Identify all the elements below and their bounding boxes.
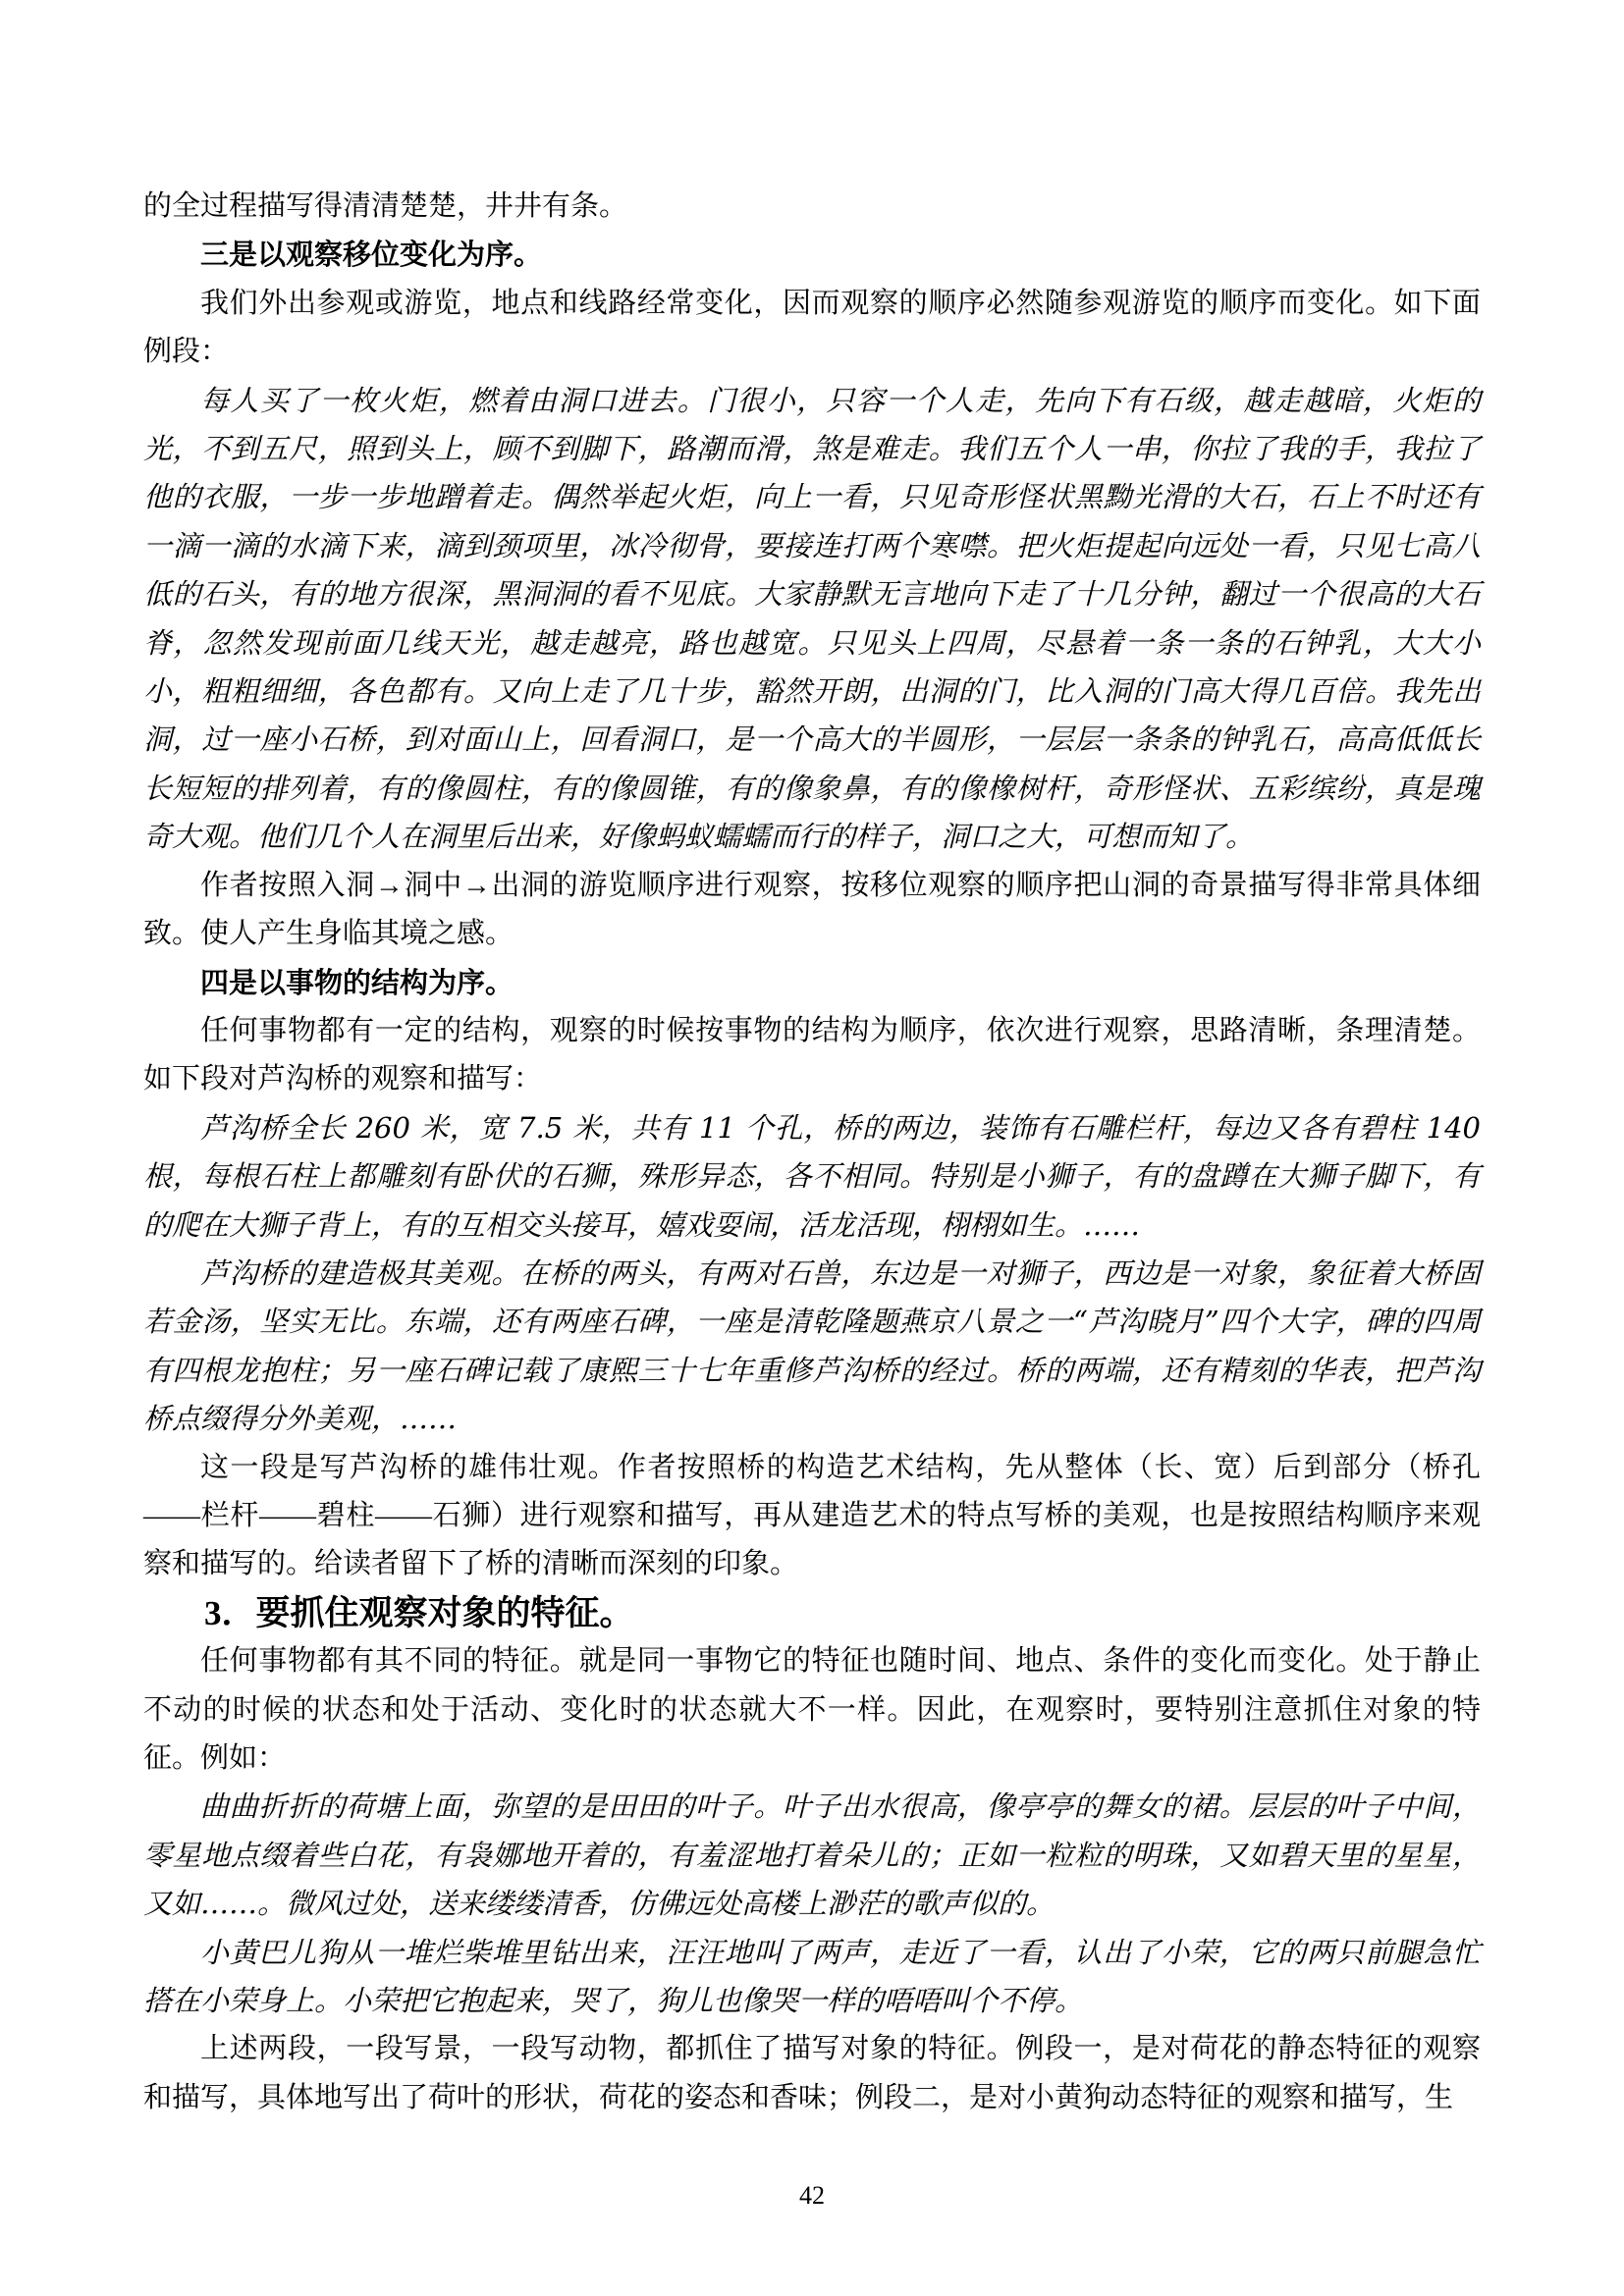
paragraph: 这一段是写芦沟桥的雄伟壮观。作者按照桥的构造艺术结构，先从整体（长、宽）后到部分… xyxy=(143,1444,1481,1589)
paragraph: 上述两段，一段写景，一段写动物，都抓住了描写对象的特征。例段一，是对荷花的静态特… xyxy=(143,2025,1481,2122)
quote-paragraph: 曲曲折折的荷塘上面，弥望的是田田的叶子。叶子出水很高，像亭亭的舞女的裙。层层的叶… xyxy=(143,1783,1481,1928)
section-heading: 3．要抓住观察对象的特征。 xyxy=(143,1589,1481,1637)
section-heading: 三是以观察移位变化为序。 xyxy=(143,231,1481,279)
paragraph: 任何事物都有其不同的特征。就是同一事物它的特征也随时间、地点、条件的变化而变化。… xyxy=(143,1637,1481,1783)
document-body: 的全过程描写得清清楚楚，井井有条。三是以观察移位变化为序。我们外出参观或游览，地… xyxy=(143,183,1481,2122)
paragraph: 我们外出参观或游览，地点和线路经常变化，因而观察的顺序必然随参观游览的顺序而变化… xyxy=(143,280,1481,377)
paragraph: 任何事物都有一定的结构，观察的时候按事物的结构为顺序，依次进行观察，思路清晰，条… xyxy=(143,1007,1481,1104)
quote-paragraph: 芦沟桥的建造极其美观。在桥的两头，有两对石兽，东边是一对狮子，西边是一对象，象征… xyxy=(143,1250,1481,1444)
document-page: 的全过程描写得清清楚楚，井井有条。三是以观察移位变化为序。我们外出参观或游览，地… xyxy=(0,0,1624,2296)
paragraph: 的全过程描写得清清楚楚，井井有条。 xyxy=(143,183,1481,231)
quote-paragraph: 每人买了一枚火炬，燃着由洞口进去。门很小，只容一个人走，先向下有石级，越走越暗，… xyxy=(143,377,1481,862)
paragraph: 作者按照入洞→洞中→出洞的游览顺序进行观察，按移位观察的顺序把山洞的奇景描写得非… xyxy=(143,862,1481,959)
quote-paragraph: 芦沟桥全长 260 米，宽 7.5 米，共有 11 个孔，桥的两边，装饰有石雕栏… xyxy=(143,1104,1481,1250)
quote-paragraph: 小黄巴儿狗从一堆烂柴堆里钻出来，汪汪地叫了两声，走近了一看，认出了小荣，它的两只… xyxy=(143,1929,1481,2026)
page-number: 42 xyxy=(0,2181,1624,2211)
section-heading: 四是以事物的结构为序。 xyxy=(143,959,1481,1007)
